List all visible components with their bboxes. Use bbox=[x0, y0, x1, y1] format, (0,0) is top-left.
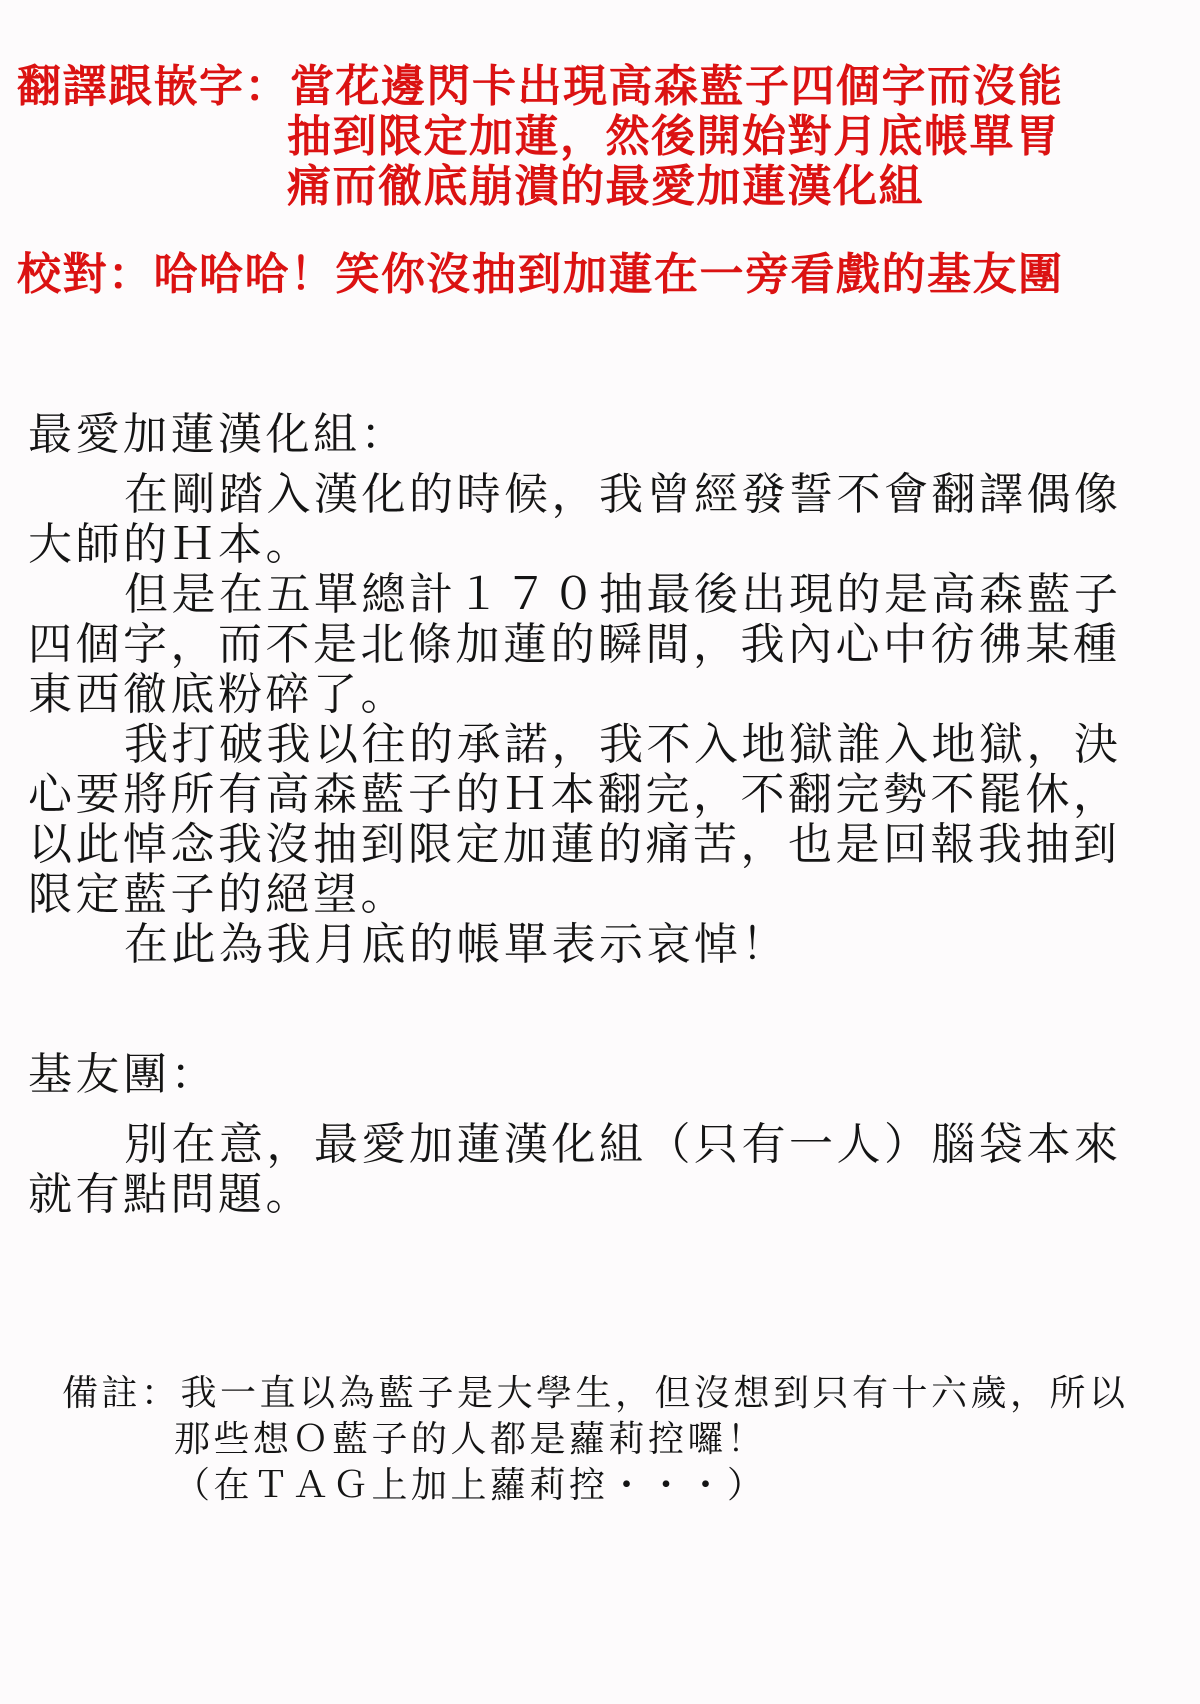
paragraph-line: 四個字，而不是北條加蓮的瞬間，我內心中彷彿某種 bbox=[28, 620, 1180, 670]
friends-note-body: 別在意，最愛加蓮漢化組（只有一人）腦袋本來 就有點問題。 bbox=[28, 1120, 1180, 1220]
paragraph-line: 限定藍子的絕望。 bbox=[28, 870, 1180, 920]
paragraph-line: 大師的Ｈ本。 bbox=[28, 520, 1180, 570]
paragraph-line: 就有點問題。 bbox=[28, 1170, 1180, 1220]
remark-text: 我一直以為藍子是大學生，但沒想到只有十六歲，所以 bbox=[181, 1373, 1129, 1413]
paragraph-line: 在此為我月底的帳單表示哀悼！ bbox=[28, 920, 1180, 970]
translator-credit-block: 翻譯跟嵌字：當花邊閃卡出現高森藍子四個字而沒能 抽到限定加蓮，然後開始對月底帳單… bbox=[17, 62, 1180, 212]
paragraph-line: 以此悼念我沒抽到限定加蓮的痛苦，也是回報我抽到 bbox=[28, 820, 1180, 870]
proofreader-credit-line: 校對：哈哈哈！笑你沒抽到加蓮在一旁看戲的基友團 bbox=[17, 250, 1180, 300]
proofreader-credit-block: 校對：哈哈哈！笑你沒抽到加蓮在一旁看戲的基友團 bbox=[17, 250, 1180, 300]
group-note-heading: 最愛加蓮漢化組： bbox=[28, 410, 1180, 460]
remark-line-1: 備註：我一直以為藍子是大學生，但沒想到只有十六歲，所以 bbox=[62, 1370, 1180, 1416]
group-note-body: 在剛踏入漢化的時候，我曾經發誓不會翻譯偶像 大師的Ｈ本。 但是在五單總計１７０抽… bbox=[28, 470, 1180, 970]
remark-line-2: 那些想Ｏ藍子的人都是蘿莉控囉！ bbox=[62, 1416, 1180, 1462]
paragraph-line: 心要將所有高森藍子的Ｈ本翻完，不翻完勢不罷休， bbox=[28, 770, 1180, 820]
paragraph-line: 我打破我以往的承諾，我不入地獄誰入地獄，決 bbox=[28, 720, 1180, 770]
remark-line-3: （在ＴＡＧ上加上蘿莉控・・・） bbox=[62, 1462, 1180, 1508]
paragraph-line: 東西徹底粉碎了。 bbox=[28, 670, 1180, 720]
friends-note-heading: 基友團： bbox=[28, 1050, 1180, 1100]
translator-credit-line-2: 抽到限定加蓮，然後開始對月底帳單胃 bbox=[17, 112, 1180, 162]
credits-page: 翻譯跟嵌字：當花邊閃卡出現高森藍子四個字而沒能 抽到限定加蓮，然後開始對月底帳單… bbox=[0, 0, 1200, 1704]
paragraph-line: 在剛踏入漢化的時候，我曾經發誓不會翻譯偶像 bbox=[28, 470, 1180, 520]
remark-block: 備註：我一直以為藍子是大學生，但沒想到只有十六歲，所以 那些想Ｏ藍子的人都是蘿莉… bbox=[62, 1370, 1180, 1508]
paragraph-line: 但是在五單總計１７０抽最後出現的是高森藍子 bbox=[28, 570, 1180, 620]
translator-credit-line-1: 翻譯跟嵌字：當花邊閃卡出現高森藍子四個字而沒能 bbox=[17, 62, 1180, 112]
translator-credit-line-3: 痛而徹底崩潰的最愛加蓮漢化組 bbox=[17, 162, 1180, 212]
paragraph-line: 別在意，最愛加蓮漢化組（只有一人）腦袋本來 bbox=[28, 1120, 1180, 1170]
remark-label: 備註： bbox=[62, 1373, 181, 1413]
